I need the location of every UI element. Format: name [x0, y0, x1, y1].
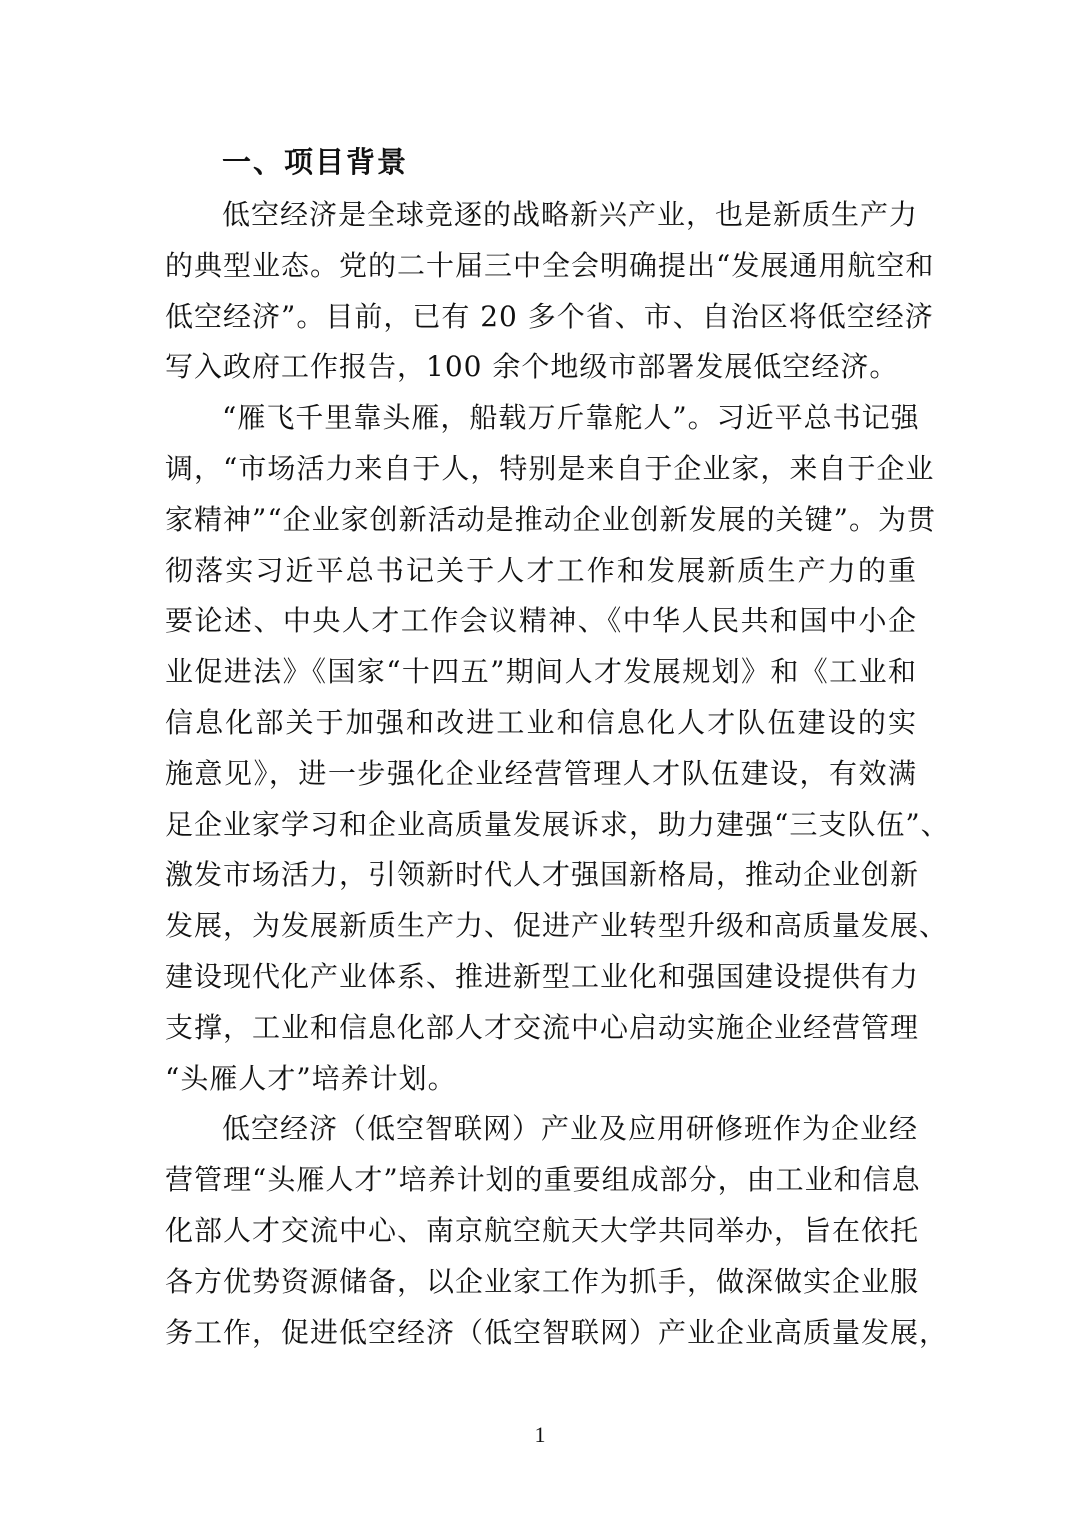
paragraph: 低空经济是全球竞逐的战略新兴产业，也是新质生产力 的典型业态。党的二十届三中全会… — [165, 190, 917, 393]
text-line: 信息化部关于加强和改进工业和信息化人才队伍建设的实 — [165, 698, 917, 749]
page-number: 1 — [0, 1420, 1080, 1450]
text-line: 彻落实习近平总书记关于人才工作和发展新质生产力的重 — [165, 546, 917, 597]
text-line: 业促进法》《国家“十四五”期间人才发展规划》和《工业和 — [165, 647, 917, 698]
text-line: 低空经济”。目前，已有 20 多个省、市、自治区将低空经济 — [165, 292, 917, 343]
text-line: 营管理“头雁人才”培养计划的重要组成部分，由工业和信息 — [165, 1155, 917, 1206]
text-line: 支撑，工业和信息化部人才交流中心启动实施企业经营管理 — [165, 1003, 917, 1054]
text-line: 调，“市场活力来自于人，特别是来自于企业家，来自于企业 — [165, 444, 917, 495]
section-heading: 一、项目背景 — [222, 140, 408, 184]
text-line: 家精神”“企业家创新活动是推动企业创新发展的关键”。为贯 — [165, 495, 917, 546]
body-text: 低空经济是全球竞逐的战略新兴产业，也是新质生产力 的典型业态。党的二十届三中全会… — [165, 190, 917, 1358]
text-line: 低空经济是全球竞逐的战略新兴产业，也是新质生产力 — [165, 190, 917, 241]
text-line: 发展，为发展新质生产力、促进产业转型升级和高质量发展、 — [165, 901, 917, 952]
text-line: 务工作，促进低空经济（低空智联网）产业企业高质量发展， — [165, 1308, 917, 1359]
paragraph: “雁飞千里靠头雁，船载万斤靠舵人”。习近平总书记强 调，“市场活力来自于人，特别… — [165, 393, 917, 1104]
text-line: 写入政府工作报告，100 余个地级市部署发展低空经济。 — [165, 342, 917, 393]
text-line: 要论述、中央人才工作会议精神、《中华人民共和国中小企 — [165, 596, 917, 647]
text-line: 足企业家学习和企业高质量发展诉求，助力建强“三支队伍”、 — [165, 800, 917, 851]
text-line: 低空经济（低空智联网）产业及应用研修班作为企业经 — [165, 1104, 917, 1155]
text-line: 各方优势资源储备，以企业家工作为抓手，做深做实企业服 — [165, 1257, 917, 1308]
document-page: 一、项目背景 低空经济是全球竞逐的战略新兴产业，也是新质生产力 的典型业态。党的… — [0, 0, 1080, 1528]
text-line: 的典型业态。党的二十届三中全会明确提出“发展通用航空和 — [165, 241, 917, 292]
text-line: “头雁人才”培养计划。 — [165, 1054, 917, 1105]
text-line: 建设现代化产业体系、推进新型工业化和强国建设提供有力 — [165, 952, 917, 1003]
text-line: 激发市场活力，引领新时代人才强国新格局，推动企业创新 — [165, 850, 917, 901]
text-line: 化部人才交流中心、南京航空航天大学共同举办，旨在依托 — [165, 1206, 917, 1257]
paragraph: 低空经济（低空智联网）产业及应用研修班作为企业经 营管理“头雁人才”培养计划的重… — [165, 1104, 917, 1358]
text-line: 施意见》，进一步强化企业经营管理人才队伍建设，有效满 — [165, 749, 917, 800]
text-line: “雁飞千里靠头雁，船载万斤靠舵人”。习近平总书记强 — [165, 393, 917, 444]
